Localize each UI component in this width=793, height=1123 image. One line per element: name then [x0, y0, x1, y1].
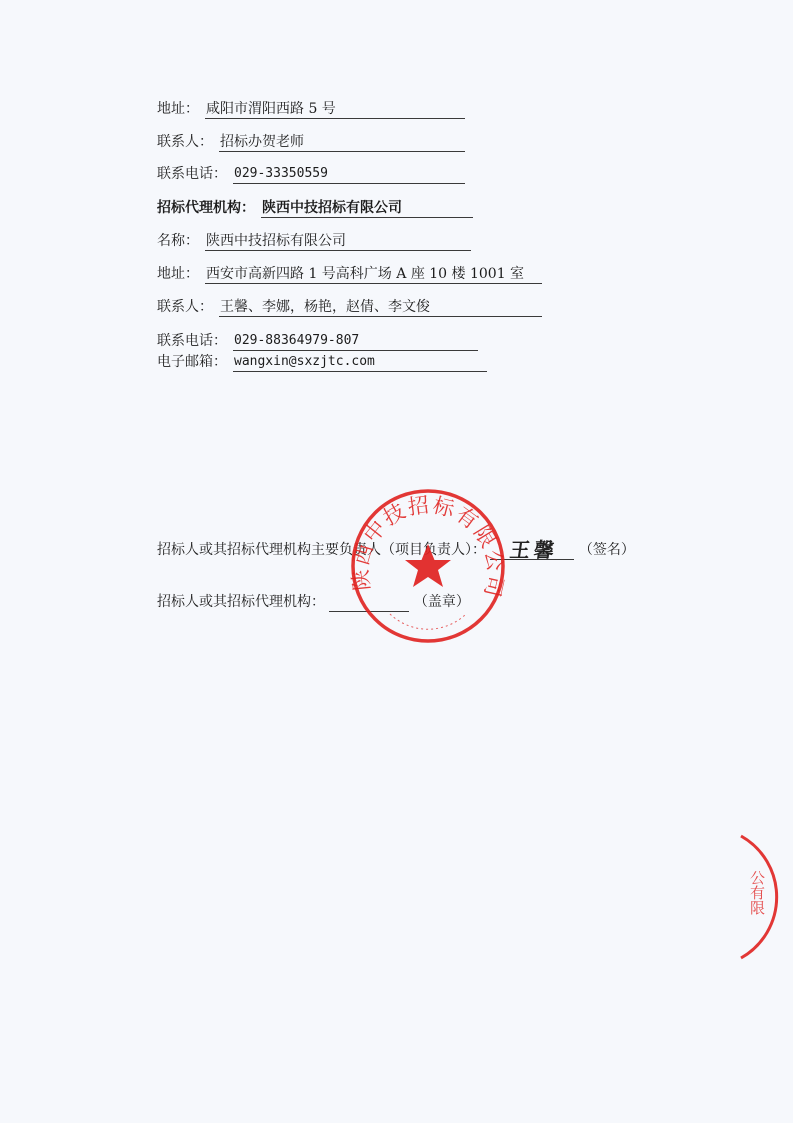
agency-email-value: wangxin@sxzjtc.com [233, 352, 487, 372]
seal-label: 招标人或其招标代理机构： [157, 594, 325, 610]
contact-value: 招标办贺老师 [219, 132, 465, 152]
agency-address-row: 地址： 西安市高新四路 1 号高科广场 A 座 10 楼 1001 室 [157, 264, 199, 284]
contact-label: 联系人： [157, 132, 213, 152]
agency-email-row: 电子邮箱： wangxin@sxzjtc.com [157, 352, 227, 372]
seal-suffix: （盖章） [414, 594, 470, 610]
address-value: 咸阳市渭阳西路 5 号 [205, 99, 465, 119]
phone-label: 联系电话： [157, 164, 227, 184]
agency-heading-label: 招标代理机构： [157, 198, 255, 218]
agency-heading-value: 陕西中技招标有限公司 [261, 198, 473, 218]
agency-phone-row: 联系电话： 029-88364979-807 [157, 331, 227, 351]
agency-contact-row: 联系人： 王馨、李娜，杨艳，赵倩、李文俊 [157, 297, 213, 317]
tenderee-contact-row: 联系人： 招标办贺老师 [157, 132, 213, 152]
agency-phone-value: 029-88364979-807 [233, 331, 478, 351]
address-label: 地址： [157, 99, 199, 119]
agency-contact-label: 联系人： [157, 297, 213, 317]
agency-heading-row: 招标代理机构： 陕西中技招标有限公司 [157, 198, 255, 218]
agency-name-row: 名称： 陕西中技招标有限公司 [157, 231, 199, 251]
agency-name-value: 陕西中技招标有限公司 [205, 231, 471, 251]
tenderee-phone-row: 联系电话： 029-33350559 [157, 164, 227, 184]
tenderee-address-row: 地址： 咸阳市渭阳西路 5 号 [157, 99, 199, 119]
company-seal-stamp: 陕西中技招标有限公司 [348, 486, 508, 646]
agency-name-label: 名称： [157, 231, 199, 251]
handwritten-signature: 王馨 [489, 541, 560, 559]
seal-row: 招标人或其招标代理机构： （盖章） [157, 592, 470, 612]
edge-stamp-text: 公有限 [748, 870, 766, 915]
agency-email-label: 电子邮箱： [157, 352, 227, 372]
agency-address-value: 西安市高新四路 1 号高科广场 A 座 10 楼 1001 室 [205, 264, 542, 284]
agency-phone-label: 联系电话： [157, 331, 227, 351]
signature-suffix: （签名） [579, 542, 635, 558]
seal-field[interactable] [329, 593, 409, 612]
phone-value: 029-33350559 [233, 164, 465, 184]
agency-contact-value: 王馨、李娜，杨艳，赵倩、李文俊 [219, 297, 542, 317]
signature-field[interactable]: 王馨 [490, 541, 574, 560]
responsible-signature-row: 招标人或其招标代理机构主要负责人（项目负责人）： 王馨 （签名） [157, 540, 635, 560]
edge-seal-stamp: 公有限 [735, 830, 793, 965]
responsible-label: 招标人或其招标代理机构主要负责人（项目负责人）： [157, 542, 486, 558]
agency-address-label: 地址： [157, 264, 199, 284]
